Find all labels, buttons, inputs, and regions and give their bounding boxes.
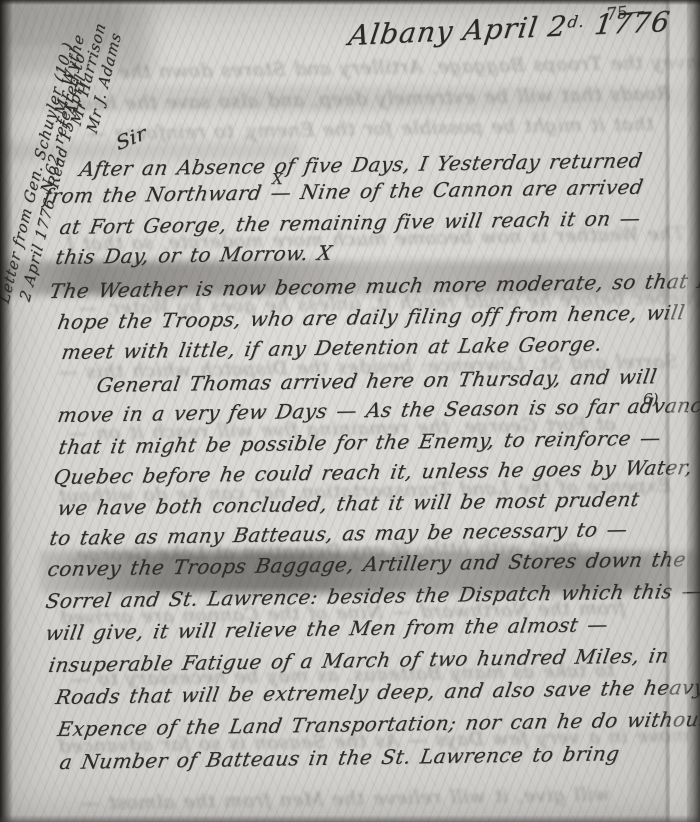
manuscript-page: convey the Troops Baggage, Artillery and…	[0, 0, 700, 822]
bleedthrough-line: Roads that will be extremely deep, and a…	[58, 83, 671, 116]
page-fold-line	[666, 0, 669, 822]
page-edge-strip	[670, 0, 687, 822]
footnote-mark: 6)	[643, 390, 658, 408]
body-line: this Day, or to Morrow. X	[54, 241, 334, 269]
bleedthrough-line: convey the Troops Baggage, Artillery and…	[118, 51, 700, 84]
bleedthrough-line: will give, it will relieve the Men from …	[80, 783, 610, 814]
dateline-place-day: Albany April 2	[347, 10, 570, 52]
caret-x-mark: X	[272, 170, 283, 188]
dateline: Albany April 2d.1776	[347, 5, 673, 52]
scan-edge-bottom	[0, 815, 700, 822]
dateline-year: 1776	[592, 5, 672, 41]
dateline-superscript: d.	[566, 12, 586, 32]
scan-edge-top	[0, 0, 700, 5]
scan-edge-right	[686, 0, 700, 822]
bleedthrough-line: that it might be possible for the Enemy,…	[86, 113, 654, 145]
scan-edge-left	[0, 0, 13, 822]
